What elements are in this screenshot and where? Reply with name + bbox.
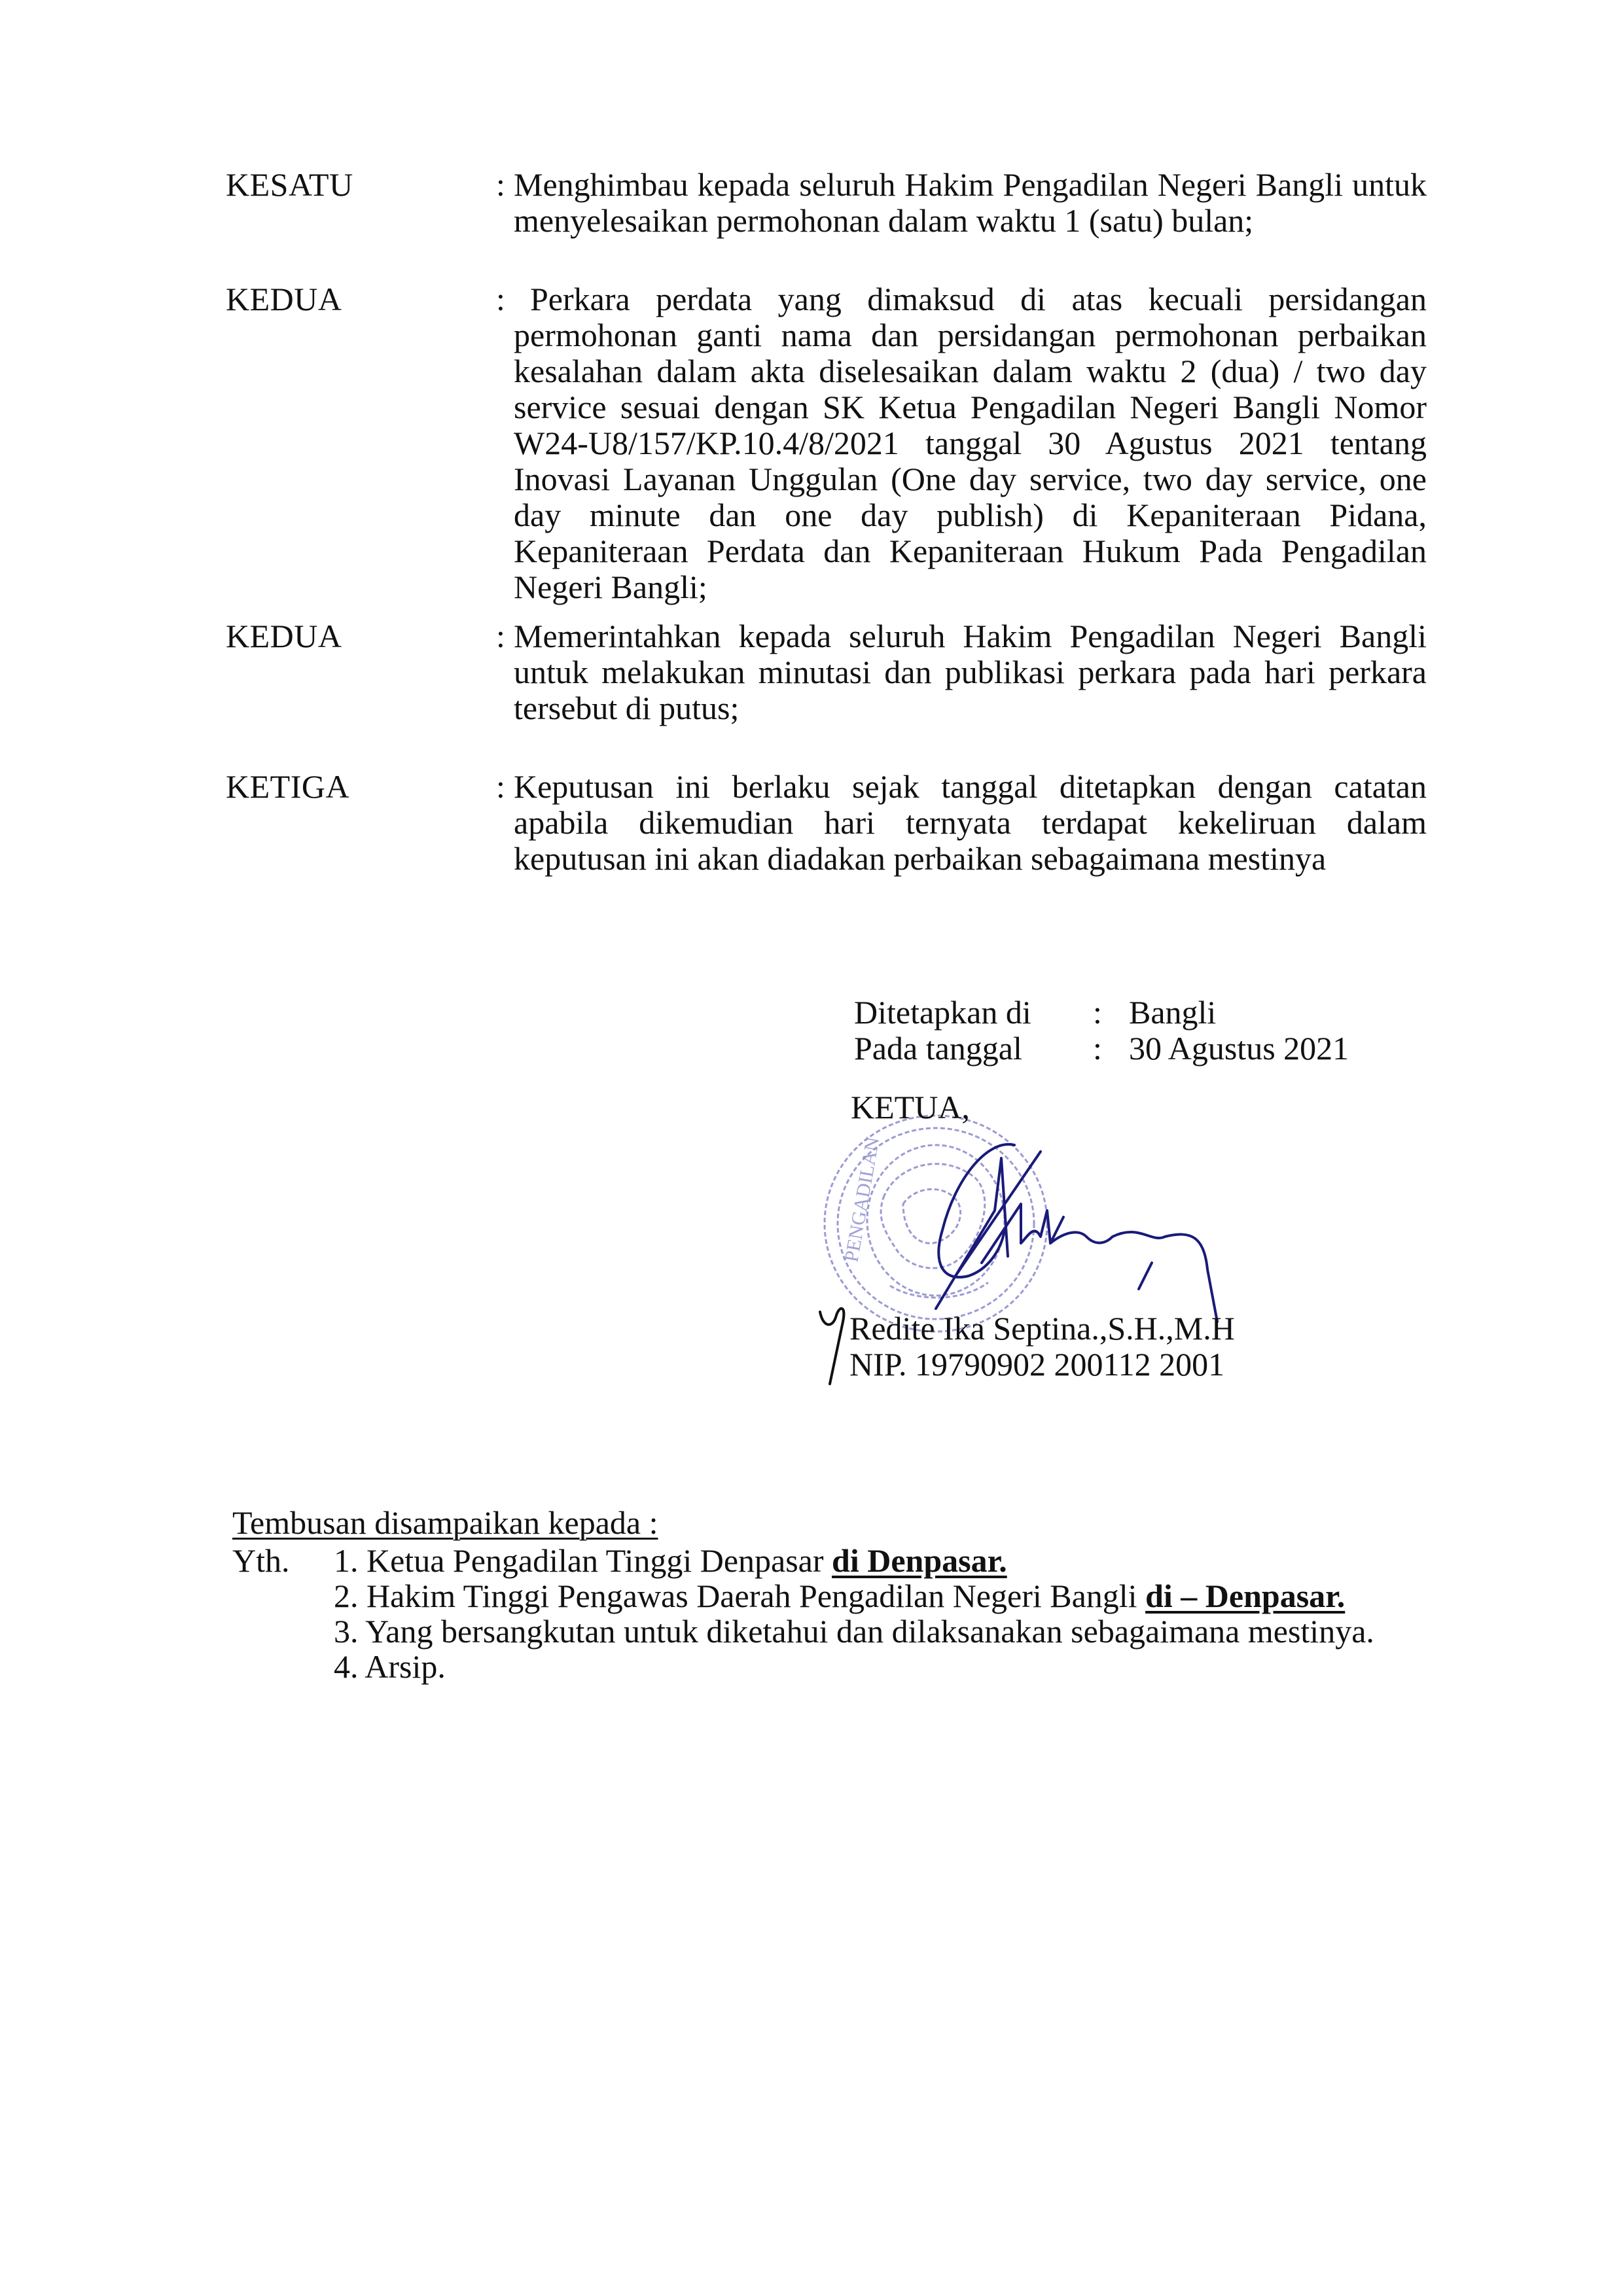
decision-text: Perkara perdata yang dimaksud di atas ke…: [514, 281, 1427, 605]
decision-text: Menghimbau kepada seluruh Hakim Pengadil…: [514, 167, 1427, 239]
decision-colon: :: [496, 769, 505, 805]
place-label: Ditetapkan di: [854, 995, 1031, 1031]
copies-item: 2. Hakim Tinggi Pengawas Daerah Pengadil…: [334, 1578, 1345, 1614]
signature-icon: [916, 1139, 1257, 1335]
decision-label: KEDUA: [226, 618, 342, 654]
copies-item-location: di Denpasar.: [832, 1542, 1007, 1579]
initials-mark-icon: [817, 1302, 849, 1387]
copies-salutation: Yth.: [232, 1543, 290, 1579]
date-value: 30 Agustus 2021: [1129, 1031, 1349, 1067]
copies-item-text: 4. Arsip.: [334, 1648, 446, 1685]
decision-text: Keputusan ini berlaku sejak tanggal dite…: [514, 769, 1427, 877]
date-colon: :: [1093, 1031, 1102, 1067]
signer-nip: NIP. 19790902 200112 2001: [849, 1347, 1224, 1383]
copies-item-location: di – Denpasar.: [1145, 1578, 1345, 1614]
decision-label: KEDUA: [226, 281, 342, 317]
place-value: Bangli: [1129, 995, 1216, 1031]
signer-position: KETUA,: [851, 1089, 970, 1125]
decision-colon: :: [496, 281, 505, 317]
decision-text: Memerintahkan kepada seluruh Hakim Penga…: [514, 618, 1427, 726]
copies-item-text: 2. Hakim Tinggi Pengawas Daerah Pengadil…: [334, 1578, 1145, 1614]
decision-label: KETIGA: [226, 769, 349, 805]
decision-label: KESATU: [226, 167, 353, 203]
copies-item-text: 1. Ketua Pengadilan Tinggi Denpasar: [334, 1542, 832, 1579]
copies-title: Tembusan disampaikan kepada :: [232, 1505, 658, 1541]
decision-colon: :: [496, 618, 505, 654]
document-page: KESATU : Menghimbau kepada seluruh Hakim…: [0, 0, 1623, 2296]
date-label: Pada tanggal: [854, 1031, 1022, 1067]
copies-item: 3. Yang bersangkutan untuk diketahui dan…: [334, 1614, 1374, 1650]
copies-item-text: 3. Yang bersangkutan untuk diketahui dan…: [334, 1613, 1374, 1650]
copies-item: 4. Arsip.: [334, 1649, 446, 1685]
svg-text:PENGADILAN: PENGADILAN: [840, 1135, 883, 1263]
place-colon: :: [1093, 995, 1102, 1031]
signer-name: Redite Ika Septina.,S.H.,M.H: [849, 1311, 1235, 1347]
decision-colon: :: [496, 167, 505, 203]
copies-item: 1. Ketua Pengadilan Tinggi Denpasar di D…: [334, 1543, 1007, 1579]
